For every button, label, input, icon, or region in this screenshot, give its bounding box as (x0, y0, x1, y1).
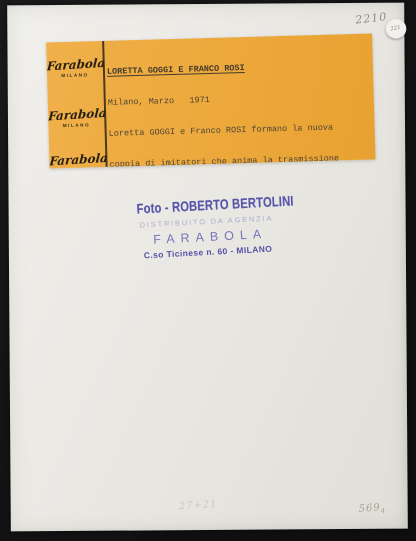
farabola-logo: Farabola MILANO (49, 153, 106, 169)
typed-caption: LORETTA GOGGI E FRANCO ROSI Milano, Marz… (106, 39, 375, 169)
caption-sticker: Farabola MILANO Farabola MILANO Farabola… (46, 33, 375, 168)
pencil-number-bottom-center: 27+21 (178, 499, 217, 512)
photo-back-paper: Farabola MILANO Farabola MILANO Farabola… (7, 3, 408, 532)
farabola-logo-text: Farabola (49, 152, 106, 168)
pencil-number-main: 569 (358, 502, 381, 515)
caption-dateline: Milano, Marzo 1971 (108, 91, 370, 109)
pencil-number-bottom-right: 5694 (358, 502, 386, 517)
photographer-stamp: Foto - ROBERTO BERTOLINI (136, 195, 254, 217)
caption-body-line: Loretta GOGGI e Franco ROSI formano la n… (109, 122, 371, 140)
farabola-logo-text: Farabola (48, 107, 105, 123)
farabola-logo: Farabola MILANO (47, 58, 104, 79)
pencil-number-small: 4 (381, 507, 387, 515)
photo-mount-background: Farabola MILANO Farabola MILANO Farabola… (0, 0, 416, 541)
round-sticker-number: 221 (390, 25, 401, 33)
farabola-logo: Farabola MILANO (48, 108, 105, 129)
caption-body-line: coppia di imitatori che anima la trasmis… (109, 153, 371, 169)
pencil-number-top-right: 2210 (355, 10, 388, 26)
farabola-logo-text: Farabola (46, 57, 103, 73)
round-archive-sticker: 221 (384, 17, 407, 40)
agency-logo-column: Farabola MILANO Farabola MILANO Farabola… (46, 41, 105, 169)
agency-stamp-block: Foto - ROBERTO BERTOLINI DISTRIBUITO DA … (127, 193, 286, 261)
caption-title: LORETTA GOGGI E FRANCO ROSI (107, 59, 369, 77)
